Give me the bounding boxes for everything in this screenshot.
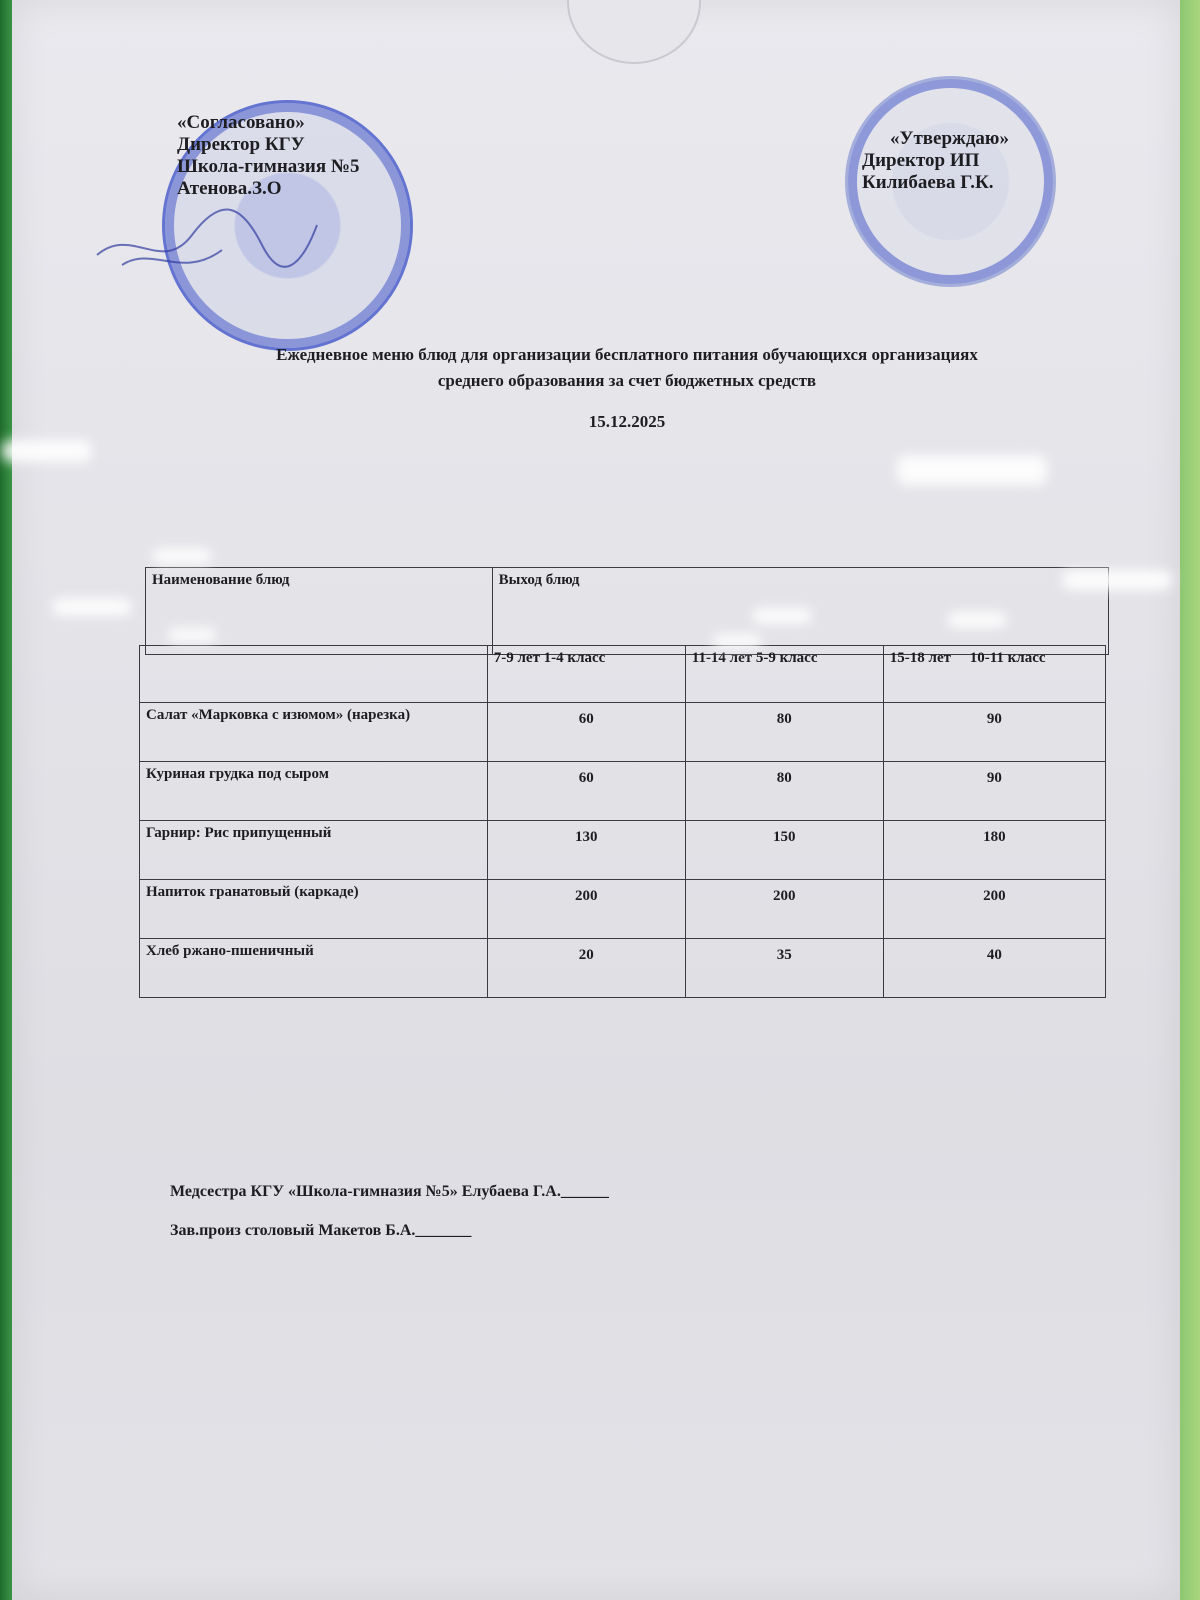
light-reflection — [947, 612, 1007, 628]
portion-value: 20 — [487, 939, 685, 998]
dish-name: Напиток гранатовый (каркаде) — [140, 880, 488, 939]
light-reflection — [1062, 570, 1172, 590]
light-reflection — [2, 440, 92, 462]
approved-block: «Утверждаю» Директор ИП Килибаева Г.К. — [862, 128, 1009, 194]
document-date: 15.12.2025 — [162, 412, 1092, 432]
sleeve-notch — [567, 0, 701, 64]
light-reflection — [152, 548, 212, 564]
light-reflection — [52, 598, 132, 616]
portion-value: 200 — [883, 880, 1105, 939]
portion-value: 80 — [685, 762, 883, 821]
document-title: Ежедневное меню блюд для организации бес… — [162, 342, 1092, 394]
agreed-block: «Согласовано» Директор КГУ Школа-гимнази… — [177, 112, 359, 200]
title-line-2: среднего образования за счет бюджетных с… — [162, 368, 1092, 394]
table-row: Куриная грудка под сыром 60 80 90 — [140, 762, 1106, 821]
dish-name: Хлеб ржано-пшеничный — [140, 939, 488, 998]
table-row: Гарнир: Рис припущенный 130 150 180 — [140, 821, 1106, 880]
light-reflection — [712, 634, 762, 648]
light-reflection — [167, 628, 217, 642]
light-reflection — [897, 455, 1047, 485]
approved-label: «Утверждаю» — [862, 128, 1009, 150]
dish-name: Куриная грудка под сыром — [140, 762, 488, 821]
agreed-organization: Школа-гимназия №5 — [177, 156, 359, 178]
dish-name: Гарнир: Рис припущенный — [140, 821, 488, 880]
table-row: Салат «Марковка с изюмом» (нарезка) 60 8… — [140, 703, 1106, 762]
agreed-position: Директор КГУ — [177, 134, 359, 156]
menu-table: 7-9 лет 1-4 класс 11-14 лет 5-9 класс 15… — [139, 645, 1106, 998]
light-reflection — [752, 608, 812, 624]
portion-value: 80 — [685, 703, 883, 762]
portion-value: 35 — [685, 939, 883, 998]
age-group-row: 7-9 лет 1-4 класс 11-14 лет 5-9 класс 15… — [140, 646, 1106, 703]
portion-value: 200 — [487, 880, 685, 939]
age-group-header: 11-14 лет 5-9 класс — [685, 646, 883, 703]
table-row: Хлеб ржано-пшеничный 20 35 40 — [140, 939, 1106, 998]
portion-value: 130 — [487, 821, 685, 880]
table-row: Напиток гранатовый (каркаде) 200 200 200 — [140, 880, 1106, 939]
agreed-label: «Согласовано» — [177, 112, 359, 134]
dish-name: Салат «Марковка с изюмом» (нарезка) — [140, 703, 488, 762]
portion-value: 180 — [883, 821, 1105, 880]
approved-name: Килибаева Г.К. — [862, 172, 1009, 194]
age-group-header: 7-9 лет 1-4 класс — [487, 646, 685, 703]
portion-value: 200 — [685, 880, 883, 939]
portion-value: 40 — [883, 939, 1105, 998]
approved-position: Директор ИП — [862, 150, 1009, 172]
age-group-header: 15-18 лет 10-11 класс — [883, 646, 1105, 703]
empty-cell — [140, 646, 488, 703]
menu-table-header: Наименование блюд Выход блюд — [145, 567, 1109, 655]
portion-value: 90 — [883, 703, 1105, 762]
portion-value: 60 — [487, 703, 685, 762]
title-line-1: Ежедневное меню блюд для организации бес… — [162, 342, 1092, 368]
portion-value: 60 — [487, 762, 685, 821]
menu-document-sheet: «Согласовано» Директор КГУ Школа-гимнази… — [12, 0, 1180, 1600]
agreed-name: Атенова.З.О — [177, 178, 359, 200]
portion-value: 150 — [685, 821, 883, 880]
nurse-signature-line: Медсестра КГУ «Школа-гимназия №5» Елубае… — [170, 1183, 609, 1201]
production-head-signature-line: Зав.произ столовый Макетов Б.А._______ — [170, 1222, 471, 1240]
signature-icon — [92, 195, 322, 285]
portion-value: 90 — [883, 762, 1105, 821]
